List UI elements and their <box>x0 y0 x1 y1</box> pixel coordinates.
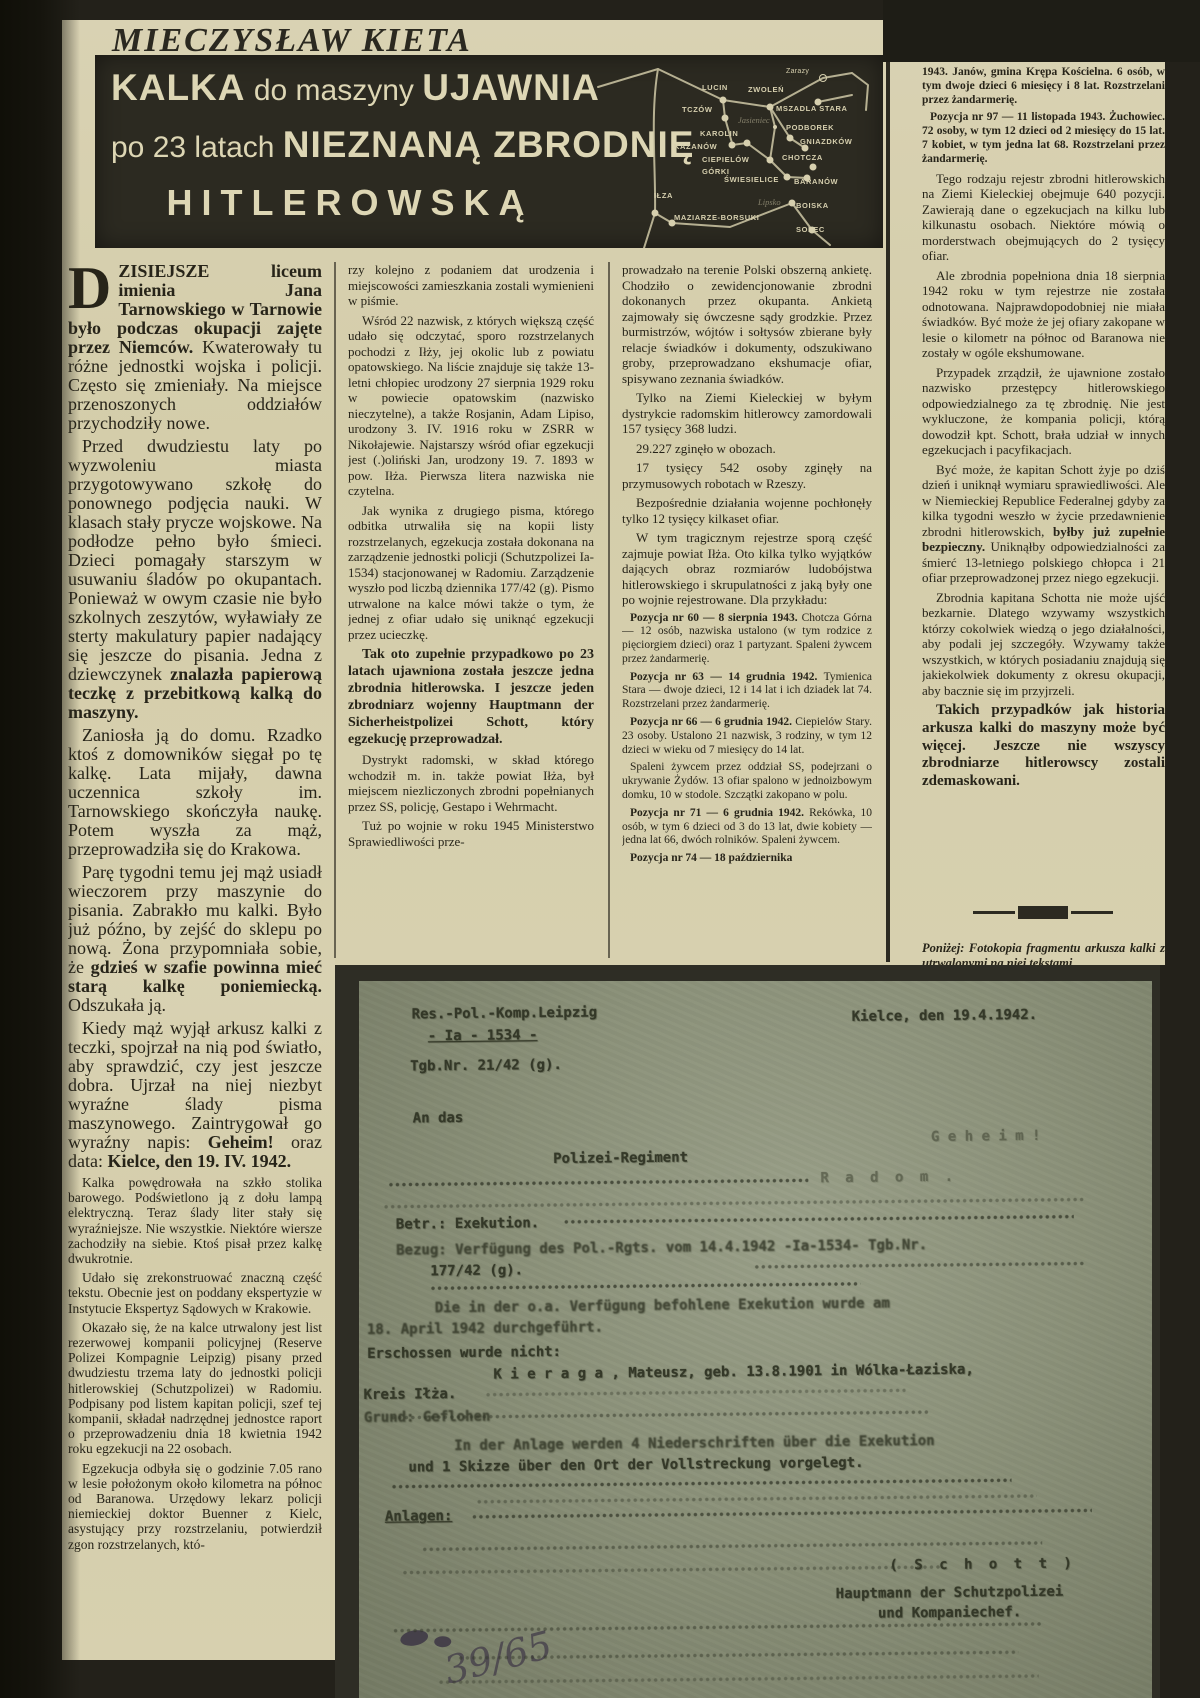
paragraph: Być może, że kapitan Schott żyje po dziś… <box>922 462 1165 586</box>
paragraph: Kalka powędrowała na szkło stolika barow… <box>68 1175 322 1266</box>
paragraph: Pozycja nr 63 — 14 grudnia 1942. Tymieni… <box>622 671 872 712</box>
paragraph: Pozycja nr 66 — 6 grudnia 1942. Ciepieló… <box>622 716 872 757</box>
typed-line: 177/42 (g). <box>430 1262 523 1279</box>
carbon-copy-photo: Res.-Pol.-Komp.Leipzig- Ia - 1534 -Tgb.N… <box>335 965 1160 1698</box>
divider-wing <box>973 911 1015 914</box>
article-column-2: rzy kolejno z podaniem dat urodzenia i m… <box>348 262 594 962</box>
scan-dark-corner <box>883 0 1200 62</box>
paragraph: Spaleni żywcem przez oddział SS, podejrz… <box>622 761 872 802</box>
illegible-dot-row <box>486 1386 906 1398</box>
paragraph: rzy kolejno z podaniem dat urodzenia i m… <box>348 262 594 309</box>
paragraph: Ale zbrodnia popełniona dnia 18 sierpnia… <box>922 268 1165 361</box>
drop-cap: D <box>68 265 111 311</box>
map-town-dot <box>720 97 727 104</box>
column-rule-2 <box>608 262 610 958</box>
paragraph: Pozycja nr 74 — 18 października <box>622 852 872 866</box>
typed-line: Betr.: Exekution. <box>396 1215 539 1232</box>
map-place-label: CHOTCZA <box>782 153 823 162</box>
illegible-dot-row <box>393 1620 1043 1635</box>
paragraph: Kiedy mąż wyjął arkusz kalki z teczki, s… <box>68 1019 322 1171</box>
ink-blot <box>434 1636 451 1647</box>
illegible-dot-row <box>472 1506 1092 1520</box>
typed-line: 18. April 1942 durchgeführt. <box>367 1320 603 1338</box>
headline-line-1: KALKA do maszyny UJAWNIA <box>111 63 589 120</box>
illegible-dot-row <box>392 1476 1012 1490</box>
typed-line: Kreis Iłża. <box>364 1386 457 1403</box>
map-place-label: ZWOLEŃ <box>748 85 784 94</box>
headline-line-2: po 23 latach NIEZNANĄ ZBRODNIĘ <box>111 120 589 177</box>
article-column-1: DZISIEJSZE liceum imienia Jana Tarnowski… <box>68 262 322 1644</box>
paragraph: Tuż po wojnie w roku 1945 Ministerstwo S… <box>348 818 594 849</box>
paragraph: Pozycja nr 60 — 8 sierpnia 1943. Chotcza… <box>622 612 872 667</box>
typed-line: Erschossen wurde nicht: <box>367 1344 561 1362</box>
paragraph: Egzekucja odbyła się o godzinie 7.05 ran… <box>68 1461 322 1552</box>
paragraph: Dystrykt radomski, w skład którego wchod… <box>348 752 594 814</box>
map-place-label: BARANÓW <box>794 177 838 186</box>
typed-line: Hauptmann der Schutzpolizei <box>836 1584 1064 1602</box>
map-town-dot <box>784 174 791 181</box>
typed-line: K i e r a g a , Mateusz, geb. 13.8.1901 … <box>493 1362 974 1383</box>
typed-line: Kielce, den 19.4.1942. <box>852 1007 1038 1025</box>
map-place-label: KAROLIN <box>700 129 738 138</box>
typed-line: und Kompaniechef. <box>878 1604 1021 1621</box>
paragraph: Przed dwudziestu laty po wyzwoleniu mias… <box>68 437 322 722</box>
paragraph: DZISIEJSZE liceum imienia Jana Tarnowski… <box>68 262 322 433</box>
map-place-label: LUCIN <box>702 83 728 92</box>
typed-line: Die in der o.a. Verfügung befohlene Exek… <box>435 1296 890 1317</box>
map-place-label: Jasieniec <box>738 115 770 125</box>
map-town-dot <box>767 104 774 111</box>
map-town-dot <box>789 200 796 207</box>
typed-line: R a d o m . <box>820 1169 957 1186</box>
map-place-label: Lipsko <box>758 197 781 207</box>
map-town-dot <box>802 145 809 152</box>
typed-line: G e h e i m ! <box>931 1128 1041 1145</box>
illegible-dot-row <box>439 1672 1039 1686</box>
article-column-4: 1943. Janów, gmina Krępa Kościelna. 6 os… <box>922 66 1165 904</box>
end-divider <box>973 906 1113 919</box>
typed-line: - Ia - 1534 - <box>428 1027 538 1044</box>
headline-box: KALKA do maszyny UJAWNIA po 23 latach NI… <box>95 55 883 248</box>
column-rule-3 <box>886 62 890 962</box>
paragraph: Tylko na Ziemi Kieleckiej w byłym dystry… <box>622 390 872 437</box>
illegible-dot-row <box>422 1539 1042 1553</box>
map-place-label: MAZIARZE-BORSUKI <box>674 213 759 222</box>
typed-line: In der Anlage werden 4 Niederschriften ü… <box>454 1433 935 1454</box>
article-column-3: prowadzało na terenie Polski obszerną an… <box>622 262 872 962</box>
map-place-label: BOISKA <box>796 201 829 210</box>
map-town-dot <box>819 74 827 82</box>
illegible-dot-row <box>564 1213 1074 1226</box>
map-place-label: ŚWIESIELICE <box>724 175 779 184</box>
map-town-dot <box>815 99 822 106</box>
typed-line: Polizei-Regiment <box>553 1150 688 1167</box>
map-town-dot <box>804 175 811 182</box>
paragraph: Okazało się, że na kalce utrwalony jest … <box>68 1320 322 1457</box>
illegible-dot-row <box>388 1176 808 1188</box>
paragraph: Udało się zrekonstruować znaczną część t… <box>68 1270 322 1316</box>
illegible-dot-row <box>402 1563 942 1577</box>
illegible-dot-row <box>384 1195 1084 1210</box>
paragraph: Tak oto zupełnie przypadkowo po 23 latac… <box>348 646 594 748</box>
paragraph: Wśród 22 nazwisk, z których większą częś… <box>348 313 594 499</box>
paragraph: 1943. Janów, gmina Krępa Kościelna. 6 os… <box>922 66 1165 107</box>
headline: KALKA do maszyny UJAWNIA po 23 latach NI… <box>111 63 589 237</box>
map-town-dot <box>787 135 794 142</box>
column-rule-1 <box>334 262 336 958</box>
map-place-label: CIEPIELÓW <box>702 155 750 164</box>
typed-line: Anlagen: <box>385 1508 453 1525</box>
map-town-dot <box>722 115 729 122</box>
paragraph: Przypadek zrządził, że ujawnione zostało… <box>922 365 1165 458</box>
map-town-dot <box>773 125 777 129</box>
map-place-label: MSZADLA STARA <box>776 104 848 113</box>
map-place-label: TCZÓW <box>682 105 713 114</box>
illegible-dot-row <box>754 1259 1084 1270</box>
paragraph: Pozycja nr 97 — 11 listopada 1943. Żucho… <box>922 111 1165 166</box>
map-town-dot <box>744 140 751 147</box>
paragraph: Zbrodnia kapitana Schotta nie może ujść … <box>922 590 1165 699</box>
paragraph: W tym tragicznym rejestrze sporą część z… <box>622 530 872 608</box>
map-town-dot <box>652 210 659 217</box>
typed-line: Bezug: Verfügung des Pol.-Rgts. vom 14.4… <box>396 1237 927 1259</box>
paragraph: Pozycja nr 71 — 6 grudnia 1942. Rekówka,… <box>622 807 872 848</box>
map-place-label: PODBOREK <box>786 123 834 132</box>
map-place-label: Zarazy <box>786 68 809 75</box>
illegible-dot-row <box>430 1280 860 1293</box>
typed-line: und 1 Skizze über den Ort der Vollstreck… <box>408 1455 863 1476</box>
typed-line: Res.-Pol.-Komp.Leipzig <box>412 1005 598 1023</box>
paragraph: Jak wynika z drugiego pisma, którego odb… <box>348 503 594 643</box>
newspaper-page: MIECZYSŁAW KIETA KALKA do maszyny UJAWNI… <box>0 0 1200 1698</box>
map-town-dot <box>767 157 774 164</box>
paragraph: 29.227 zginęło w obozach. <box>622 441 872 457</box>
map-place-label: IŁZA <box>654 191 673 200</box>
paragraph: Bezpośrednie działania wojenne pochłonęł… <box>622 495 872 526</box>
divider-wing <box>1071 911 1113 914</box>
paragraph: prowadzało na terenie Polski obszerną an… <box>622 262 872 386</box>
paragraph: Zaniosła ją do domu. Rzadko ktoś z domow… <box>68 726 322 859</box>
illegible-dot-row <box>477 1492 1037 1506</box>
paragraph: Parę tygodni temu jej mąż usiadł wieczor… <box>68 863 322 1015</box>
map-town-dot <box>810 164 817 171</box>
divider-block <box>1018 906 1068 919</box>
map-town-dot <box>729 142 736 149</box>
photo-content: Res.-Pol.-Komp.Leipzig- Ia - 1534 -Tgb.N… <box>331 961 1164 1698</box>
region-map: ZarazyLUCINZWOLEŃTCZÓWMSZADLA STARAJasie… <box>590 55 883 248</box>
map-town-dot <box>809 227 816 234</box>
headline-line-3: HITLEROWSKĄ <box>111 177 589 237</box>
typed-line: An das <box>413 1110 464 1127</box>
paragraph: 17 tysięcy 542 osoby zginęły na przymuso… <box>622 460 872 491</box>
paragraph: Tego rodzaju rejestr zbrodni hitlerowski… <box>922 171 1165 264</box>
map-town-dot <box>669 220 676 227</box>
map-place-label: GNIAZDKÓW <box>800 137 852 146</box>
typed-line: Tgb.Nr. 21/42 (g). <box>410 1057 562 1075</box>
map-place-label: KAZANÓW <box>674 142 717 151</box>
paragraph: Takich przypadków jak historia arkusza k… <box>922 702 1165 791</box>
